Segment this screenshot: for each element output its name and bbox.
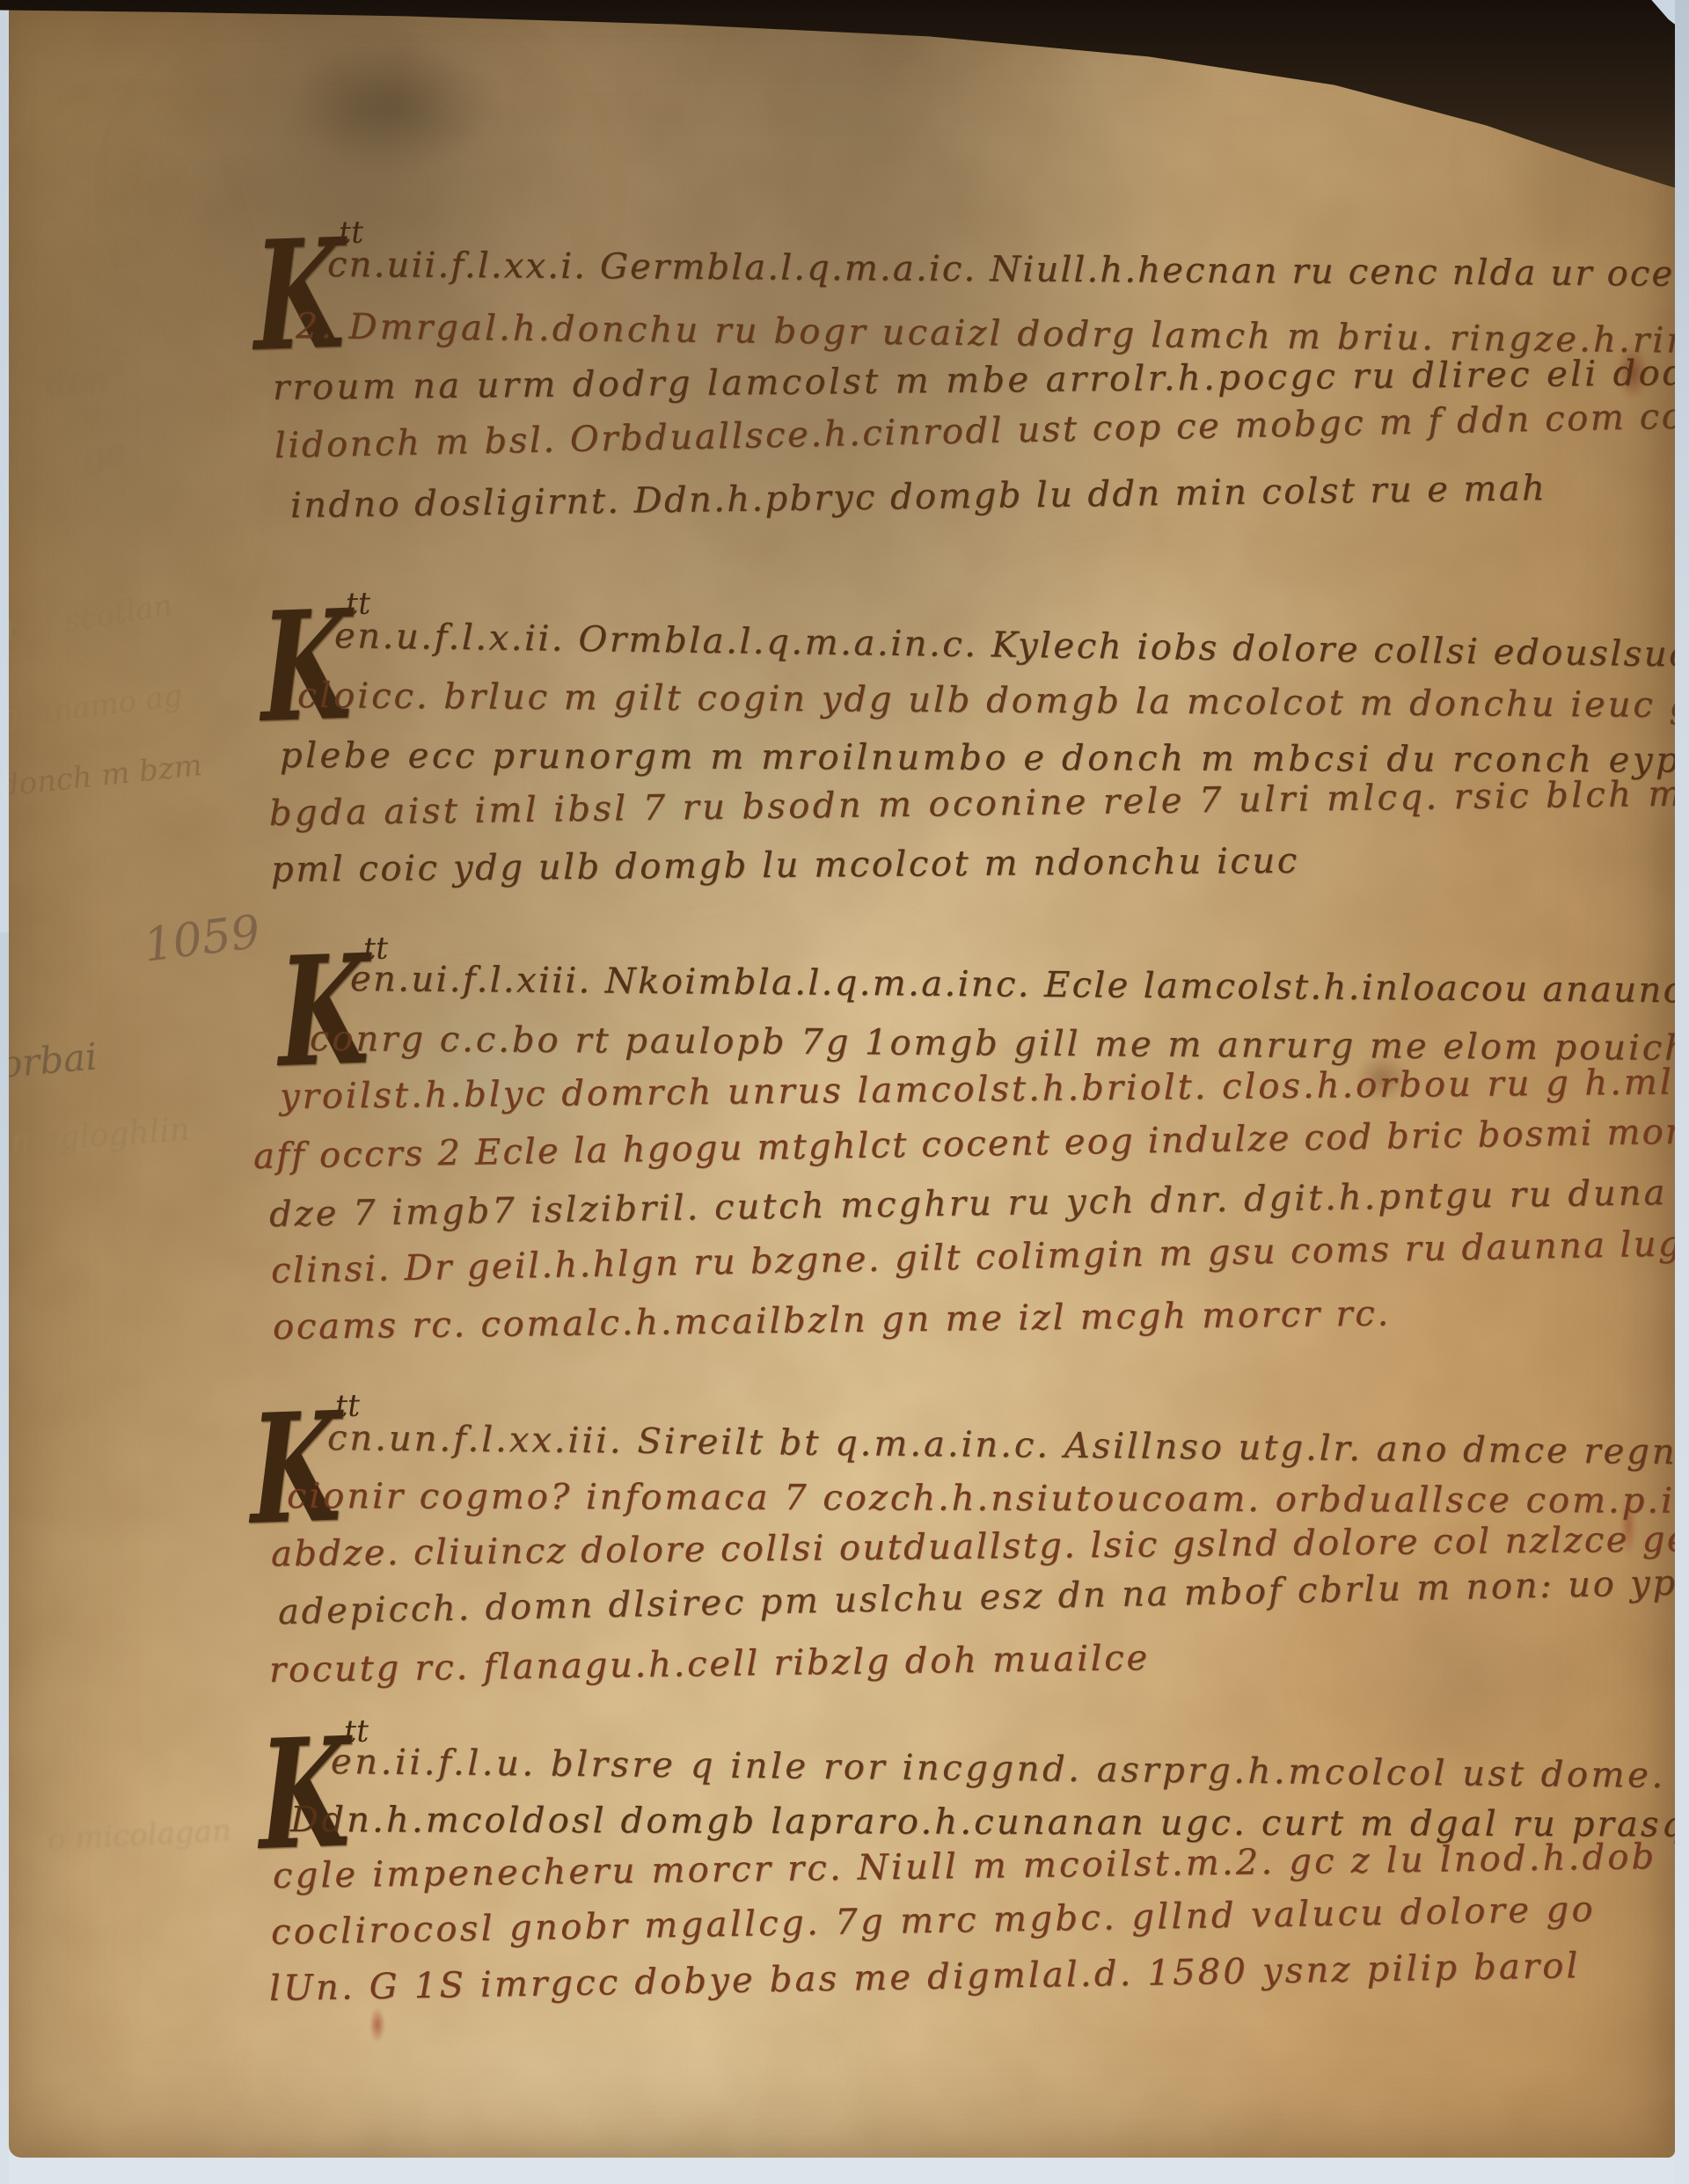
k-glyph: K bbox=[250, 1391, 341, 1545]
margin-note: donch m bzm bbox=[9, 748, 204, 804]
margin-note: don bbox=[44, 360, 111, 405]
margin-note: gcanamo ag bbox=[9, 678, 185, 735]
page-stack-edge-right bbox=[1675, 0, 1689, 2184]
photo-background: donget of scotlangcanamo agdonch m bzm10… bbox=[0, 0, 1689, 2184]
margin-note: o micolagan bbox=[47, 1813, 232, 1858]
background-edge-left bbox=[0, 932, 9, 2184]
manuscript-line: rroum na urm dodrg lamcolst m mbe arrolr… bbox=[273, 353, 1675, 408]
manuscript-line: cloicc. brluc m gilt cogin ydg ulb domgb… bbox=[297, 676, 1675, 727]
margin-note: orbai bbox=[9, 1034, 99, 1085]
manuscript-line: Ddn.h.mcoldosl domgb lapraro.h.cunanan u… bbox=[290, 1800, 1675, 1845]
manuscript-line: cgle impenecheru morcr rc. Niull m mcoil… bbox=[273, 1837, 1657, 1896]
parchment-stain bbox=[220, 1997, 853, 2146]
manuscript-line: pml coic ydg ulb domgb lu mcolcot m ndon… bbox=[271, 841, 1299, 890]
manuscript-line: en.ui.f.l.xiii. Nkoimbla.l.q.m.a.inc. Ec… bbox=[350, 959, 1675, 1012]
manuscript-line: dze 7 imgb7 islzibril. cutch mcghru ru y… bbox=[269, 1172, 1668, 1235]
parchment-stain bbox=[287, 40, 494, 174]
manuscript-line: en.ii.f.l.u. blrsre q inle ror incggnd. … bbox=[331, 1742, 1666, 1796]
k-glyph: K bbox=[259, 1717, 350, 1871]
manuscript-line: cn.uii.f.l.xx.i. Germbla.l.q.m.a.ic. Niu… bbox=[327, 245, 1675, 295]
k-glyph: K bbox=[260, 589, 352, 743]
manuscript-line: ocams rc. comalc.h.mcailbzln gn me izl m… bbox=[273, 1293, 1391, 1348]
margin-note: ge bbox=[82, 432, 128, 477]
margin-note: t of scotlan bbox=[9, 588, 175, 649]
manuscript-line: indno dosligirnt. Ddn.h.pbryc domgb lu d… bbox=[290, 468, 1547, 526]
manuscript-line: cionir cogmo? infomaca 7 cozch.h.nsiutou… bbox=[287, 1476, 1675, 1522]
manuscript-line: coclirocosl gnobr mgallcg. 7g mrc mgbc. … bbox=[271, 1889, 1597, 1953]
k-glyph: K bbox=[253, 218, 345, 372]
manuscript-line: rocutg rc. flanagu.h.cell ribzlg doh mua… bbox=[269, 1638, 1151, 1691]
manuscript-line: 2. Dmrgal.h.donchu ru bogr ucaizl dodrg … bbox=[296, 306, 1675, 362]
manuscript-line: cn.un.f.l.xx.iii. Sireilt bt q.m.a.in.c.… bbox=[327, 1418, 1675, 1472]
k-glyph: K bbox=[278, 934, 369, 1088]
margin-note: magloghlin bbox=[10, 1112, 192, 1160]
manuscript-line: aff occrs 2 Ecle la hgogu mtghlct cocent… bbox=[253, 1110, 1675, 1177]
manuscript-line: yroilst.h.blyc domrch unrus lamcolst.h.b… bbox=[280, 1062, 1675, 1117]
manuscript-line: lUn. G 1S imrgcc dobye bas me digmlal.d.… bbox=[269, 1946, 1581, 2009]
margin-note: 1059 bbox=[141, 906, 263, 973]
manuscript-line: adepicch. domn dlsirec pm uslchu esz dn … bbox=[278, 1562, 1675, 1633]
manuscript-line: bgda aist iml ibsl 7 ru bsodn m oconine … bbox=[269, 774, 1675, 834]
manuscript-line: conrg c.c.bo rt paulopb 7g 1omgb gill me… bbox=[310, 1019, 1675, 1069]
parchment-stain bbox=[369, 2007, 385, 2042]
manuscript-line: abdze. cliuincz dolore collsi outduallst… bbox=[271, 1518, 1675, 1574]
manuscript-line: en.u.f.l.x.ii. Ormbla.l.q.m.a.in.c. Kyle… bbox=[334, 616, 1675, 676]
manuscript-line: plebe ecc prunorgm m mroilnumbo e donch … bbox=[280, 735, 1675, 781]
manuscript-page: donget of scotlangcanamo agdonch m bzm10… bbox=[9, 4, 1675, 2158]
manuscript-line: clinsi. Dr geil.h.hlgn ru bzgne. gilt co… bbox=[271, 1223, 1675, 1291]
